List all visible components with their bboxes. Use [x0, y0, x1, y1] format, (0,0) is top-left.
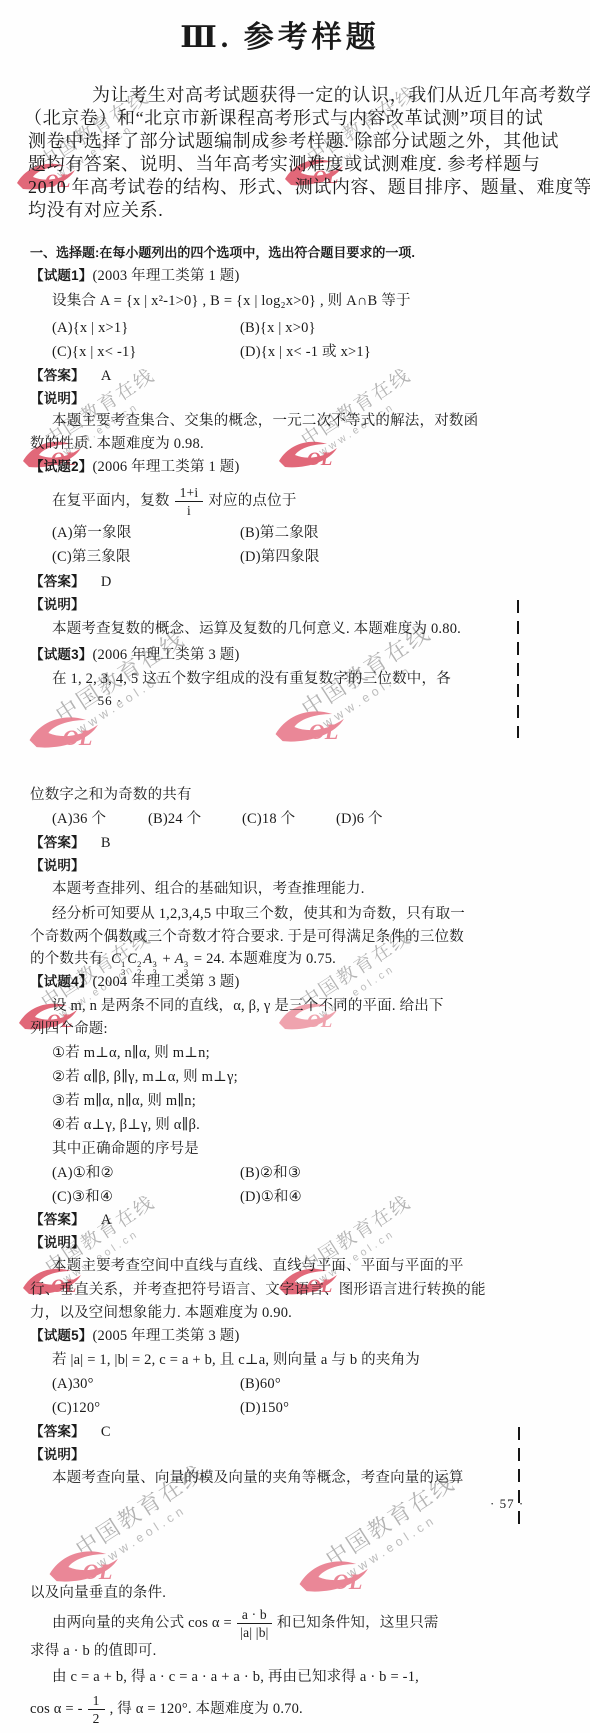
watermark: 中国教育在线www.eol.cn OL	[296, 1472, 485, 1599]
q5-note-line-6: cos α = - 12 , 得 α = 120°. 本题难度为 0.70.	[30, 1688, 303, 1730]
intro-line-2: （北京卷）和“北京市新课程高考形式与内容改革试测”项目的试	[24, 108, 543, 128]
q5-result-prefix: cos α = -	[30, 1699, 83, 1719]
q2-answer-label: 【答案】	[30, 574, 85, 589]
eol-logo-icon: OL	[272, 707, 357, 747]
q2-note-line-1: 本题考查复数的概念、运算及复数的几何意义. 本题难度为 0.80.	[52, 619, 461, 639]
q2-answer-row: 【答案】D	[30, 572, 111, 592]
q3-option-b: (B)24 个	[148, 809, 201, 829]
q3-answer: B	[101, 835, 111, 851]
q5-cos-fraction: a · b|a| |b|	[237, 1607, 272, 1640]
q5-option-b: (B)60°	[240, 1374, 281, 1394]
q3-formula-suffix: = 24. 本题难度为 0.75.	[194, 951, 336, 967]
q5-half-fraction-denominator: 2	[88, 1710, 105, 1726]
q3-note-line-3: 个奇数两个偶数或三个奇数才符合要求. 于是可得满足条件的三位数	[30, 927, 464, 947]
section-header: 一、选择题:在每小题列出的四个选项中，选出符合题目要求的一项.	[30, 243, 415, 263]
q5-note-line-2: 以及向量垂直的条件.	[30, 1583, 166, 1603]
q3-plus-sign: +	[163, 951, 171, 967]
q2-stem-suffix: 对应的点位于	[208, 491, 296, 511]
q5-option-d: (D)150°	[240, 1398, 289, 1418]
q1-note-label: 【说明】	[30, 389, 85, 409]
scan-artifact-line	[518, 1427, 520, 1531]
q3-perm-2-base: A	[175, 951, 184, 967]
q5-cos-formula-prefix: 由两向量的夹角公式 cos α =	[52, 1613, 232, 1633]
intro-line-5: 2010 年高考试卷的结构、形式、测试内容、题目排序、题量、难度等	[28, 177, 590, 197]
q1-stem: 设集合 A = {x | x²-1>0} , B = {x | log₂x>0}…	[52, 291, 411, 311]
q4-proposition-4: ④若 α⊥γ, β⊥γ, 则 α∥β.	[52, 1115, 200, 1135]
q3-source: (2006 年理工类第 3 题)	[93, 647, 240, 663]
q4-option-d: (D)①和④	[240, 1187, 302, 1207]
q2-fraction-denominator: i	[175, 502, 204, 518]
q4-stem-line-2: 列四个命题:	[30, 1019, 108, 1039]
q4-proposition-3: ③若 m∥α, n∥α, 则 m∥n;	[52, 1091, 196, 1111]
q4-note-line-3: 力，以及空间想象能力. 本题难度为 0.90.	[30, 1303, 292, 1323]
q1-source: (2003 年理工类第 1 题)	[93, 268, 240, 284]
q1-option-a: (A){x | x>1}	[52, 318, 129, 338]
q3-answer-label: 【答案】	[30, 835, 85, 850]
q1-note-line-2: 数的性质. 本题难度为 0.98.	[30, 434, 204, 454]
q4-option-a: (A)①和②	[52, 1163, 114, 1183]
svg-text:OL: OL	[309, 719, 339, 744]
q4-label: 【试题4】	[30, 974, 93, 989]
q3-perm-1-base: A	[143, 951, 152, 967]
q1-note-line-1: 本题主要考查集合、交集的概念，一元二次不等式的解法，对数函	[52, 411, 478, 431]
q2-fraction: 1+ii	[175, 485, 204, 518]
q5-half-fraction-numerator: 1	[88, 1693, 105, 1710]
q1-answer-label: 【答案】	[30, 368, 85, 383]
q5-option-a: (A)30°	[52, 1374, 94, 1394]
page-number-56: · 56 ·	[88, 691, 122, 711]
q2-label: 【试题2】	[30, 459, 93, 474]
q3-option-a: (A)36 个	[52, 809, 106, 829]
q1-label: 【试题1】	[30, 268, 93, 283]
svg-text:OL: OL	[83, 1559, 113, 1584]
q5-note-line-4: 求得 a · b 的值即可.	[30, 1641, 156, 1661]
q1-answer: A	[101, 368, 112, 384]
q5-cos-fraction-numerator: a · b	[237, 1607, 272, 1624]
q2-option-a: (A)第一象限	[52, 523, 132, 543]
watermark-brand-text: 中国教育在线	[295, 361, 415, 452]
q3-answer-row: 【答案】B	[30, 833, 111, 853]
q5-answer-row: 【答案】C	[30, 1422, 111, 1442]
q3-label: 【试题3】	[30, 647, 93, 662]
q4-note-label: 【说明】	[30, 1233, 85, 1253]
scanned-exam-page: 中国教育在线www.eol.cn OL 中国教育在线www.eol.cn OL …	[0, 0, 590, 1733]
q4-answer: A	[101, 1212, 112, 1228]
q4-option-c: (C)③和④	[52, 1187, 113, 1207]
svg-text:OL: OL	[307, 449, 332, 470]
q2-option-b: (B)第二象限	[240, 523, 319, 543]
svg-text:OL: OL	[63, 725, 93, 750]
q2-heading: 【试题2】(2006 年理工类第 1 题)	[30, 457, 240, 477]
q5-half-fraction: 12	[88, 1693, 105, 1726]
q5-result-suffix: , 得 α = 120°. 本题难度为 0.70.	[110, 1699, 303, 1719]
page-title: Ⅲ. 参考样题	[0, 12, 560, 56]
q4-proposition-2: ②若 α∥β, β∥γ, m⊥α, 则 m⊥γ;	[52, 1067, 238, 1087]
q3-heading: 【试题3】(2006 年理工类第 3 题)	[30, 645, 240, 665]
watermark-url-text: www.eol.cn	[94, 1483, 219, 1571]
q5-option-c: (C)120°	[52, 1398, 100, 1418]
q5-note-label: 【说明】	[30, 1445, 85, 1465]
q2-option-d: (D)第四象限	[240, 547, 320, 567]
q3-note-line-1: 本题考查排列、组合的基础知识，考查推理能力.	[52, 879, 365, 899]
q5-note-line-5: 由 c = a + b, 得 a · c = a · a + a · b, 再由…	[52, 1667, 419, 1687]
q2-fraction-numerator: 1+i	[175, 485, 204, 502]
q3-note-label: 【说明】	[30, 856, 85, 876]
q5-source: (2005 年理工类第 3 题)	[93, 1328, 240, 1344]
scan-artifact-line	[517, 600, 519, 738]
q3-formula-prefix: 的个数共有	[30, 951, 104, 967]
eol-logo-icon: OL	[26, 713, 111, 753]
q5-cos-fraction-denominator: |a| |b|	[237, 1624, 272, 1640]
q3-comb-1-base: C	[111, 951, 121, 967]
q2-source: (2006 年理工类第 1 题)	[93, 459, 240, 475]
eol-logo-icon: OL	[276, 438, 348, 472]
q4-option-b: (B)②和③	[240, 1163, 301, 1183]
q5-answer: C	[101, 1424, 111, 1440]
watermark-url-text: www.eol.cn	[344, 1493, 469, 1581]
q1-heading: 【试题1】(2003 年理工类第 1 题)	[30, 266, 240, 286]
eol-logo-icon: OL	[46, 1547, 131, 1587]
svg-text:OL: OL	[333, 1569, 363, 1594]
q5-label: 【试题5】	[30, 1328, 93, 1343]
q1-option-c: (C){x | x< -1}	[52, 342, 137, 362]
eol-logo-icon: OL	[296, 1557, 381, 1597]
q2-option-c: (C)第三象限	[52, 547, 131, 567]
q2-answer: D	[101, 574, 112, 590]
q2-note-label: 【说明】	[30, 595, 85, 615]
q2-stem-prefix: 在复平面内，复数	[52, 491, 170, 511]
q4-ask: 其中正确命题的序号是	[52, 1139, 199, 1159]
q3-option-d: (D)6 个	[336, 809, 383, 829]
q1-answer-row: 【答案】A	[30, 366, 111, 386]
q4-answer-row: 【答案】A	[30, 1210, 111, 1230]
intro-line-4: 题均有答案、说明、当年高考实测难度或试测难度. 参考样题与	[28, 154, 540, 174]
intro-line-3: 测卷中选择了部分试题编制成参考样题. 除部分试题之外，其他试	[28, 131, 559, 151]
q5-note-line-1: 本题考查向量、向量的模及向量的夹角等概念，考查向量的运算	[52, 1468, 464, 1488]
q4-source: (2004 年理工类第 3 题)	[93, 974, 240, 990]
intro-line-6: 均没有对应关系.	[28, 200, 163, 220]
q2-stem: 在复平面内，复数 1+ii 对应的点位于	[52, 480, 297, 522]
q5-heading: 【试题5】(2005 年理工类第 3 题)	[30, 1326, 240, 1346]
q3-comb-2-base: C	[127, 951, 137, 967]
q1-option-b: (B){x | x>0}	[240, 318, 316, 338]
q4-heading: 【试题4】(2004 年理工类第 3 题)	[30, 972, 240, 992]
q4-stem-line-1: 设 m, n 是两条不同的直线，α, β, γ 是三个不同的平面. 给出下	[52, 996, 444, 1016]
q3-stem-line-2: 位数字之和为奇数的共有	[30, 785, 192, 805]
q4-answer-label: 【答案】	[30, 1212, 85, 1227]
q1-option-d: (D){x | x< -1 或 x>1}	[240, 342, 371, 362]
q4-proposition-1: ①若 m⊥α, n∥α, 则 m⊥n;	[52, 1043, 210, 1063]
q3-option-c: (C)18 个	[242, 809, 295, 829]
q3-note-line-2: 经分析可知要从 1,2,3,4,5 中取三个数，使其和为奇数，只有取一	[52, 904, 465, 924]
q4-note-line-1: 本题主要考查空间中直线与直线、直线与平面、平面与平面的平	[52, 1256, 464, 1276]
q5-answer-label: 【答案】	[30, 1424, 85, 1439]
q5-stem: 若 |a| = 1, |b| = 2, c = a + b, 且 c⊥a, 则向…	[52, 1350, 420, 1370]
q5-cos-formula-suffix: 和已知条件知，这里只需	[277, 1613, 439, 1633]
intro-line-1: 为让考生对高考试题获得一定的认识，我们从近几年高考数学	[92, 85, 590, 105]
q5-note-line-3: 由两向量的夹角公式 cos α = a · b|a| |b| 和已知条件知，这里…	[52, 1602, 439, 1644]
q4-note-line-2: 行、垂直关系，并考查把符号语言、文字语言、图形语言进行转换的能	[30, 1280, 486, 1300]
q3-stem-line-1: 在 1, 2, 3, 4, 5 这五个数字组成的没有重复数字的三位数中，各	[52, 669, 451, 689]
